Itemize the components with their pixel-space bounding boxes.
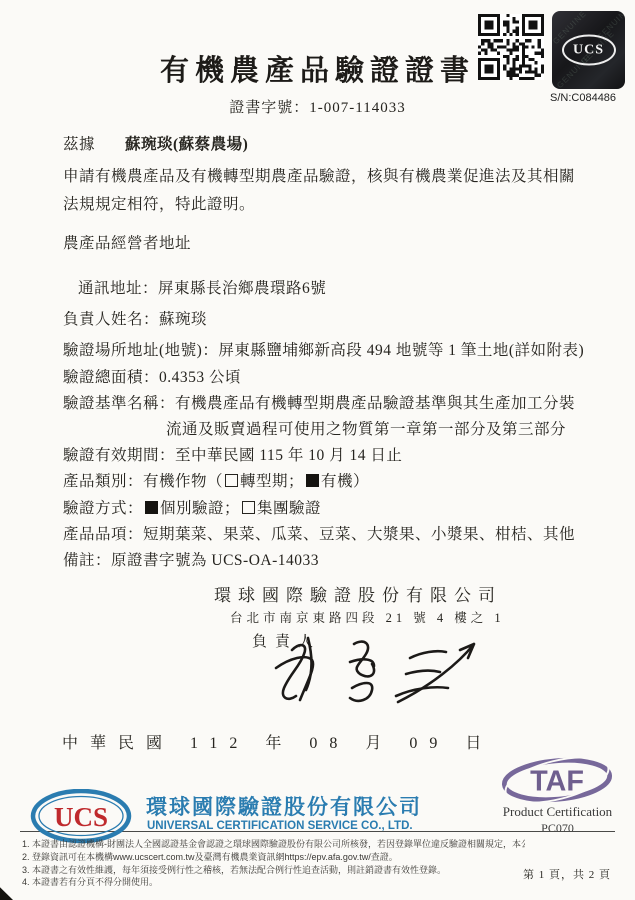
footer-note-2: 2. 登錄資訊可在本機構www.ucscert.com.tw及臺灣有機農業資訊網… xyxy=(22,851,525,864)
category-prefix: 產品類別：有機作物（ xyxy=(63,473,223,490)
field-remark: 備註：原證書字號為 UCS-OA-14033 xyxy=(63,548,319,570)
taf-accreditation-logo: TAF xyxy=(499,756,615,804)
method-prefix: 驗證方式： xyxy=(63,500,143,517)
certificate-number: 證書字號：1-007-114033 xyxy=(0,96,635,117)
field-principal-name: 負責人姓名：蘇琬琰 xyxy=(63,307,207,329)
footer-company-name-cn: 環球國際驗證股份有限公司 xyxy=(146,791,422,821)
footer-note-3: 3. 本證書之有效性維護，每年須接受例行性之稽核，若無法配合例行性追查活動，則註… xyxy=(22,864,525,877)
scan-corner-artifact xyxy=(0,885,13,900)
checkbox-organic xyxy=(306,474,319,487)
category-option-transition: 轉型期； xyxy=(240,473,304,490)
field-product-items: 產品品項：短期葉菜、果菜、瓜菜、豆菜、大漿果、小漿果、柑桔、其他 xyxy=(63,522,575,544)
field-site-address: 驗證場所地址(地號)：屏東縣鹽埔鄉新高段 494 地號等 1 筆土地(詳如附表) xyxy=(63,338,584,360)
taf-caption-product-certification: Product Certification xyxy=(480,804,635,820)
field-contact-address: 通訊地址：屏東縣長治鄉農環路6號 xyxy=(78,276,326,298)
checkbox-group-verification xyxy=(242,501,255,514)
field-product-category: 產品類別：有機作物（轉型期；有機） xyxy=(63,469,369,491)
field-total-area: 驗證總面積：0.4353 公頃 xyxy=(63,365,241,387)
field-standard-name-line-2: 流通及販賣過程可使用之物質第一章第一部分及第三部分 xyxy=(166,417,566,439)
category-option-organic: 有機 xyxy=(321,473,353,490)
field-verification-method: 驗證方式：個別驗證；集團驗證 xyxy=(63,496,321,518)
statement-line-2: 法規規定相符，特此證明。 xyxy=(63,192,255,214)
svg-text:TAF: TAF xyxy=(530,766,584,798)
applicant-name: 蘇琬琰(蘇蔡農場) xyxy=(125,136,248,153)
certificate-page: GENUINE GENUINE GENUINE GENUINE UCS S/N:… xyxy=(0,0,635,900)
checkbox-transition-period xyxy=(225,474,238,487)
issue-date: 中華民國 112 年 08 月 09 日 xyxy=(62,730,493,753)
method-option-individual: 個別驗證； xyxy=(160,500,240,517)
footer-notes: 1. 本證書由認證機構-財團法人全國認證基金會認證之環球國際驗證股份有限公司所核… xyxy=(22,838,525,889)
statement-line-1: 申請有機農產品及有機轉型期農產品驗證，核與有機農業促進法及其相關 xyxy=(63,164,575,186)
cited-line: 茲據蘇琬琰(蘇蔡農場) xyxy=(63,132,248,154)
page-number: 第 1 頁，共 2 頁 xyxy=(523,866,611,882)
ucs-company-logo: UCS xyxy=(30,789,132,844)
svg-text:UCS: UCS xyxy=(54,802,108,832)
method-option-group: 集團驗證 xyxy=(257,500,321,517)
issuer-company-name: 環球國際驗證股份有限公司 xyxy=(214,581,502,606)
field-standard-name-line-1: 驗證基準名稱：有機農產品有機轉型期農產品驗證基準與其生產加工分裝 xyxy=(63,391,575,413)
footer-note-1: 1. 本證書由認證機構-財團法人全國認證基金會認證之環球國際驗證股份有限公司所核… xyxy=(22,838,525,851)
signature-handwriting xyxy=(262,628,482,713)
certificate-title: 有機農產品驗證證書 xyxy=(0,48,635,89)
taf-caption-pc070: PC070 xyxy=(480,821,635,836)
cited-label: 茲據 xyxy=(63,136,95,153)
checkbox-individual-verification xyxy=(145,501,158,514)
footer-company-name-en: UNIVERSAL CERTIFICATION SERVICE CO., LTD… xyxy=(147,820,413,832)
issuer-address: 台北市南京東路四段 21 號 4 樓之 1 xyxy=(230,608,505,626)
operator-address-label: 農產品經營者地址 xyxy=(63,231,191,253)
footer-note-4: 4. 本證書若有分頁不得分開使用。 xyxy=(22,876,525,889)
field-valid-period: 驗證有效期間：至中華民國 115 年 10 月 14 日止 xyxy=(63,443,402,465)
category-suffix: ） xyxy=(353,473,369,490)
